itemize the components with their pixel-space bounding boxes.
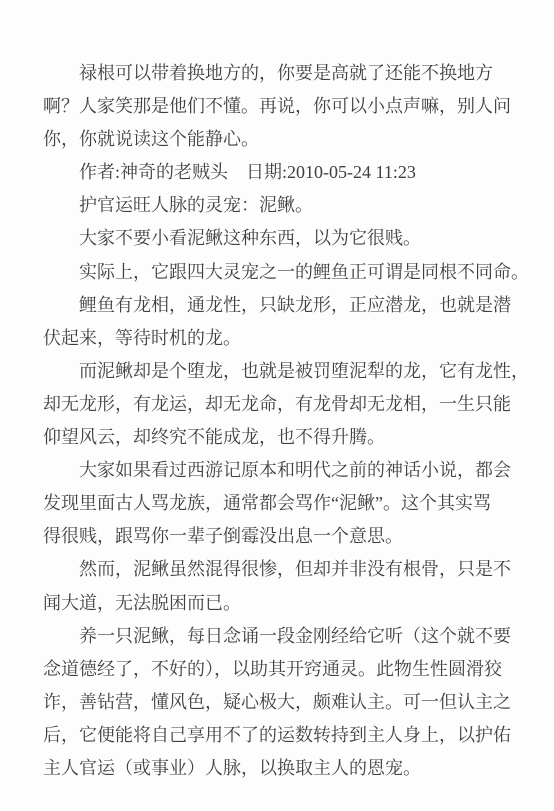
text-line: 伏起来，等待时机的龙。 [43, 322, 524, 355]
text-line: 仰望风云，却终究不能成龙，也不得升腾。 [43, 421, 524, 454]
text-line: 发现里面古人骂龙族，通常都会骂作“泥鳅”。这个其实骂 [43, 487, 524, 520]
text-line: 却无龙形，有龙运，却无龙命，有龙骨却无龙相，一生只能 [43, 388, 524, 421]
text-line: 养一只泥鳅，每日念诵一段金刚经给它听（这个就不要 [43, 620, 524, 653]
text-line: 你，你就说读这个能静心。 [43, 123, 524, 156]
text-line: 主人官运（或事业）人脉，以换取主人的恩宠。 [43, 752, 524, 785]
text-line: 诈，善钻营，懂风色，疑心极大，颇难认主。可一但认主之 [43, 686, 524, 719]
text-line: 禄根可以带着换地方的，你要是高就了还能不换地方 [43, 57, 524, 90]
text-line: 大家如果看过西游记原本和明代之前的神话小说，都会 [43, 454, 524, 487]
paragraph: 鲤鱼有龙相，通龙性，只缺龙形，正应潜龙，也就是潜 伏起来，等待时机的龙。 [43, 289, 524, 355]
paragraph: 而泥鳅却是个堕龙，也就是被罚堕泥犁的龙，它有龙性， 却无龙形，有龙运，却无龙命，… [43, 355, 524, 454]
author-date-line: 作者:神奇的老贼头 日期:2010-05-24 11:23 [43, 156, 524, 189]
document-page: 禄根可以带着换地方的，你要是高就了还能不换地方 啊？人家笑那是他们不懂。再说，你… [0, 0, 554, 811]
text-line: 大家不要小看泥鳅这种东西，以为它很贱。 [43, 222, 524, 255]
section-lead-line: 护官运旺人脉的灵宠：泥鳅。 [43, 189, 524, 222]
paragraph: 禄根可以带着换地方的，你要是高就了还能不换地方 啊？人家笑那是他们不懂。再说，你… [43, 57, 524, 156]
text-line: 啊？人家笑那是他们不懂。再说，你可以小点声嘛，别人问 [43, 90, 524, 123]
text-line: 然而，泥鳅虽然混得很惨，但却并非没有根骨，只是不 [43, 553, 524, 586]
text-line: 实际上，它跟四大灵宠之一的鲤鱼正可谓是同根不同命。 [43, 256, 524, 289]
paragraph: 实际上，它跟四大灵宠之一的鲤鱼正可谓是同根不同命。 [43, 256, 524, 289]
paragraph: 然而，泥鳅虽然混得很惨，但却并非没有根骨，只是不 闻大道，无法脱困而已。 [43, 553, 524, 619]
paragraph: 作者:神奇的老贼头 日期:2010-05-24 11:23 [43, 156, 524, 189]
paragraph: 护官运旺人脉的灵宠：泥鳅。 [43, 189, 524, 222]
text-line: 后，它便能将自己享用不了的运数转持到主人身上，以护佑 [43, 719, 524, 752]
text-line: 得很贱，跟骂你一辈子倒霉没出息一个意思。 [43, 520, 524, 553]
text-line: 鲤鱼有龙相，通龙性，只缺龙形，正应潜龙，也就是潜 [43, 289, 524, 322]
text-line: 而泥鳅却是个堕龙，也就是被罚堕泥犁的龙，它有龙性， [43, 355, 524, 388]
text-line: 念道德经了，不好的），以助其开窍通灵。此物生性圆滑狡 [43, 653, 524, 686]
paragraph: 大家如果看过西游记原本和明代之前的神话小说，都会 发现里面古人骂龙族，通常都会骂… [43, 454, 524, 553]
paragraph: 大家不要小看泥鳅这种东西，以为它很贱。 [43, 222, 524, 255]
paragraph: 养一只泥鳅，每日念诵一段金刚经给它听（这个就不要 念道德经了，不好的），以助其开… [43, 620, 524, 785]
text-line: 闻大道，无法脱困而已。 [43, 587, 524, 620]
